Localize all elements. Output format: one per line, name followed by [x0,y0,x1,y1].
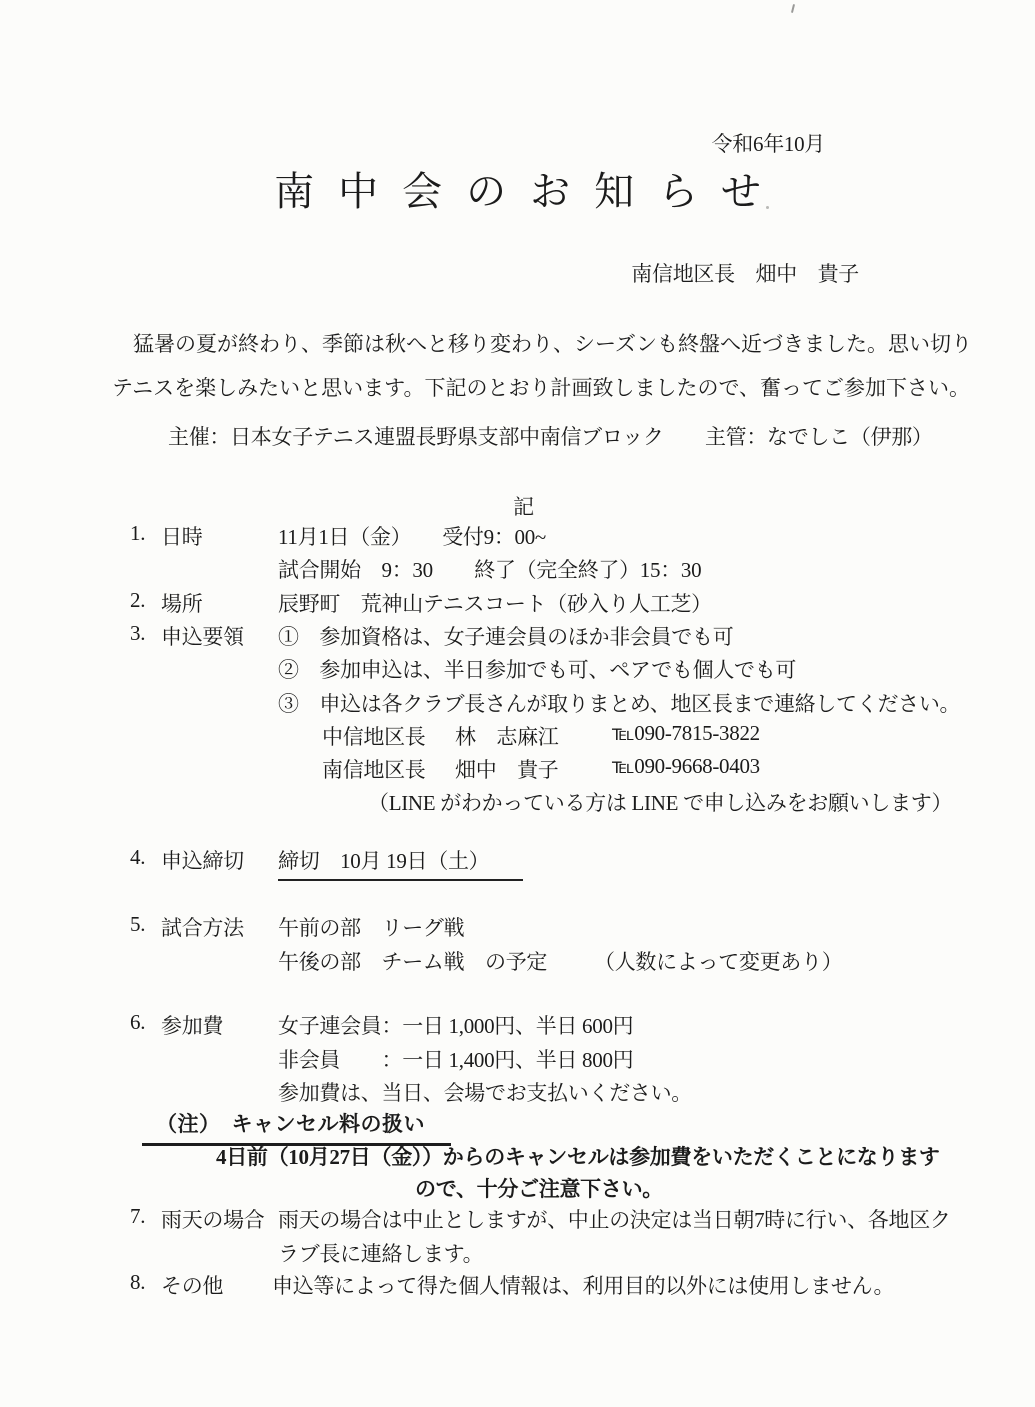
cancel-body-text: 4日前（10月27日（金））からのキャンセルは参加費をいただくことになります [216,1141,940,1171]
item-number: 5. [130,912,145,937]
contact-name: 畑中 貴子 [455,754,559,784]
item-4-deadline: 4. 申込締切 締切 10月 19日（土） [0,845,1035,877]
intro-line-2: テニスを楽しみたいと思います。下記のとおり計画致しましたので、奮ってご参加下さい… [112,366,975,410]
item-number: 1. [130,521,145,546]
item-content: 辰野町 荒神山テニスコート（砂入り人工芝） [278,588,712,618]
item-5-cont: 午後の部 チーム戦 の予定 （人数によって変更あり） [0,946,1035,978]
contact-role: 中信地区長 [322,721,426,751]
scan-artifact-mark [791,4,795,13]
deadline-underlined: 締切 10月 19日（土） [278,845,523,881]
intro-line-1: 猛暑の夏が終わり、季節は秋へと移り変わり、シーズンも終盤へ近づきました。思い切り [112,322,975,366]
contact-row-chushin: 中信地区長 林 志麻江 ℡090-7815-3822 [0,721,1035,753]
item-number: 6. [130,1010,145,1035]
item-sub-1: ① 参加資格は、女子連会員のほか非会員でも可 [278,621,733,651]
item-label: その他 [161,1270,223,1300]
item-label: 雨天の場合 [161,1204,265,1234]
item-sub-2: ② 参加申込は、半日参加でも可、ペアでも個人でも可 [278,654,796,684]
item-content: 試合開始 9：30 終了（完全終了）15：30 [278,554,701,584]
item-sub-3: ③ 申込は各クラブ長さんが取りまとめ、地区長まで連絡してください。 [278,688,960,718]
item-8-other: 8. その他 申込等によって得た個人情報は、利用目的以外には使用しません。 [0,1270,1035,1302]
item-number: 7. [130,1204,145,1229]
item-content: 11月1日（金） 受付9：00~ [278,521,546,551]
page-title: 南中会のお知らせ [0,160,1035,217]
line-note-text: （LINE がわかっている方は LINE で申し込みをお願いします） [368,787,952,817]
item-number: 4. [130,845,145,870]
fee-nonmembers: 非会員 ：一日 1,400円、半日 800円 [278,1044,633,1074]
signer-name: 南信地区長 畑中 貴子 [0,258,1035,290]
item-content: 申込等によって得た個人情報は、利用目的以外には使用しません。 [272,1270,894,1300]
contact-name: 林 志麻江 [455,721,559,751]
item-label: 申込締切 [161,845,244,875]
item-label: 申込要領 [161,621,244,651]
fee-payment-note: 参加費は、当日、会場でお支払いください。 [278,1077,692,1107]
contact-phone: ℡090-7815-3822 [612,721,760,746]
cancel-body-text: ので、十分ご注意下さい。 [415,1173,663,1203]
item-content: 雨天の場合は中止としますが、中止の決定は当日朝7時に行い、各地区ク [278,1204,951,1234]
item-content: 午後の部 チーム戦 の予定 [278,946,547,976]
item-number: 2. [130,588,145,613]
item-3-sub-3: ③ 申込は各クラブ長さんが取りまとめ、地区長まで連絡してください。 [0,688,1035,720]
item-6-fee: 6. 参加費 女子連会員：一日 1,000円、半日 600円 [0,1010,1035,1042]
item-3-application: 3. 申込要領 ① 参加資格は、女子連会員のほか非会員でも可 [0,621,1035,653]
item-number: 3. [130,621,145,646]
cancel-note-heading-row: （注） キャンセル料の扱い [0,1108,1035,1140]
item-5-match-format: 5. 試合方法 午前の部 リーグ戦 [0,912,1035,944]
item-2-place: 2. 場所 辰野町 荒神山テニスコート（砂入り人工芝） [0,588,1035,620]
item-label: 試合方法 [161,912,244,942]
cancel-note-body-2: ので、十分ご注意下さい。 [0,1173,1035,1205]
item-6-payment: 参加費は、当日、会場でお支払いください。 [0,1077,1035,1109]
item-7-rain: 7. 雨天の場合 雨天の場合は中止としますが、中止の決定は当日朝7時に行い、各地… [0,1204,1035,1236]
item-5-note: （人数によって変更あり） [594,946,842,976]
line-app-note: （LINE がわかっている方は LINE で申し込みをお願いします） [0,787,1035,819]
scanned-document-page: 令和6年10月 南中会のお知らせ 南信地区長 畑中 貴子 猛暑の夏が終わり、季節… [0,0,1035,1407]
item-label: 参加費 [161,1010,223,1040]
contact-phone: ℡090-9668-0403 [612,754,760,779]
cancel-note-body-1: 4日前（10月27日（金））からのキャンセルは参加費をいただくことになります [0,1141,1035,1173]
item-content: 午前の部 リーグ戦 [278,912,464,942]
item-content: ラブ長に連絡します。 [278,1238,483,1268]
item-label: 場所 [161,588,202,618]
contact-row-nanshin: 南信地区長 畑中 貴子 ℡090-9668-0403 [0,754,1035,786]
item-6-cont: 非会員 ：一日 1,400円、半日 800円 [0,1044,1035,1076]
item-number: 8. [130,1270,145,1295]
item-3-sub-2: ② 参加申込は、半日参加でも可、ペアでも個人でも可 [0,654,1035,686]
fee-members: 女子連会員：一日 1,000円、半日 600円 [278,1010,633,1040]
heading-ki: 記 [0,491,1035,523]
intro-paragraph: 猛暑の夏が終わり、季節は秋へと移り変わり、シーズンも終盤へ近づきました。思い切り… [112,322,975,410]
organizer-line: 主催：日本女子テニス連盟長野県支部中南信ブロック 主管：なでしこ（伊那） [0,421,1035,453]
document-date: 令和6年10月 [0,128,1035,160]
item-7-cont: ラブ長に連絡します。 [0,1238,1035,1270]
item-label: 日時 [161,521,202,551]
item-1-datetime-cont: 試合開始 9：30 終了（完全終了）15：30 [0,554,1035,586]
item-1-datetime: 1. 日時 11月1日（金） 受付9：00~ [0,521,1035,553]
contact-role: 南信地区長 [322,754,426,784]
